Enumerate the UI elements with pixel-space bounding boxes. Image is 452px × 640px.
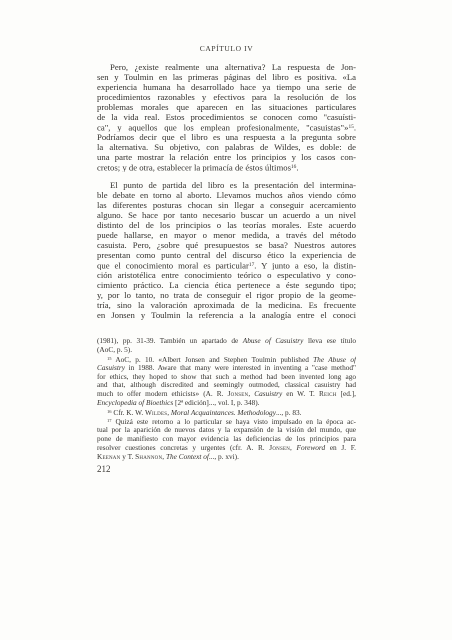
text-line: distinto del de los principios o las teo… [97, 220, 356, 230]
text-segment: ..., p. 83. [276, 408, 302, 417]
text-segment: Pero, ¿existe realmente una alternativa?… [110, 62, 356, 72]
text-segment: The Context of [166, 453, 209, 461]
text-line: resolver cuestiones concretas y urgentes… [97, 444, 356, 453]
text-segment: cimiento práctico. La ciencia ética pert… [97, 280, 356, 290]
text-segment: Podríamos decir que el libro es una resp… [97, 132, 356, 142]
text-segment: Jonsen [228, 390, 249, 398]
text-segment: Shannon [135, 453, 162, 461]
text-segment: Reich [319, 390, 337, 398]
text-line: presentan como punto central del discurs… [97, 250, 356, 260]
text-segment: . Y junto a eso, la distin- [254, 260, 356, 270]
text-line: puede hallarse, en mayor o menor medida,… [97, 230, 356, 240]
text-segment: Jonsen [269, 444, 290, 452]
text-segment: (AoC, p. 5). [97, 346, 132, 354]
text-segment: Casuistry [254, 390, 282, 398]
text-segment: puede hallarse, en mayor o menor medida,… [97, 230, 356, 240]
text-line: problemas morales que aparecen en las si… [97, 102, 356, 112]
text-segment: tría, sino la valoración aproximada de l… [97, 300, 356, 310]
text-segment: en J. F. [325, 444, 356, 452]
text-line: tual por la aparición de nuevos datos y … [97, 426, 356, 435]
text-segment: experiencia humana ha desarrollado hace … [97, 82, 356, 92]
text-line: en Jonsen y Toulmin la referencia a la a… [97, 310, 356, 320]
text-line: las diferentes posturas chocan sin llega… [97, 200, 356, 210]
text-segment: tual por la aparición de nuevos datos y … [97, 426, 356, 434]
text-segment: Encyclopedia of Bioethics [97, 399, 173, 407]
text-segment: AoC, p. 10. «Albert Jonsen and Stephen T… [112, 355, 314, 364]
text-line: cretos; y de otra, establecer la primací… [97, 162, 356, 172]
text-line: pone de manifiesto con mayor evidencia l… [97, 435, 356, 444]
text-segment: de la vida real. Estos procedimientos se… [97, 112, 356, 122]
text-segment: casuista. Pero, ¿sobre qué presupuestos … [97, 240, 356, 250]
text-segment: Cfr. K. W. [112, 408, 145, 417]
chapter-heading: CAPÍTULO IV [97, 44, 356, 53]
text-line: ca", y aquellos que los emplean profesio… [97, 122, 356, 132]
text-line: ble debate en torno al aborto. Llevamos … [97, 190, 356, 200]
text-line: una parte mostrar la relación entre los … [97, 152, 356, 162]
footnotes: (1981), pp. 31-39. También un apartado d… [97, 337, 356, 461]
text-line: sen y Toulmin en las primeras páginas de… [97, 72, 356, 82]
text-segment: Keenan [97, 453, 120, 461]
text-line: casuista. Pero, ¿sobre qué presupuestos … [97, 240, 356, 250]
text-segment: for ethics, they hoped to show that such… [97, 373, 356, 381]
book-page: CAPÍTULO IV Pero, ¿existe realmente una … [0, 0, 452, 640]
text-line: cimiento práctico. La ciencia ética pert… [97, 280, 356, 290]
page-number: 212 [97, 464, 111, 474]
text-line: ción aristotélica entre conocimiento teó… [97, 270, 356, 280]
text-line: Casuistry in 1988. Aware that many were … [97, 364, 356, 373]
text-segment: and that, although discredited and seemi… [97, 381, 356, 389]
text-line: Podríamos decir que el libro es una resp… [97, 132, 356, 142]
text-line: 16 Cfr. K. W. Wildes, Moral Acquaintance… [97, 408, 356, 417]
text-segment: una parte mostrar la relación entre los … [97, 152, 356, 162]
text-line: Pero, ¿existe realmente una alternativa?… [97, 62, 356, 72]
text-segment: [2ª edición]..., vol. I, p. 348). [173, 399, 259, 407]
text-line: y, por lo tanto, no trata de conseguir e… [97, 290, 356, 300]
text-segment: distinto del de los principios o las teo… [97, 220, 356, 230]
text-segment: alguno. Se hace por tanto necesario busc… [97, 210, 356, 220]
text-segment: cretos; y de otra, establecer la primací… [97, 162, 291, 172]
text-segment: ..., p. xvi). [209, 453, 239, 461]
text-line: (AoC, p. 5). [97, 346, 356, 355]
text-line: la alternativa. Su objetivo, con palabra… [97, 142, 356, 152]
text-segment: presentan como punto central del discurs… [97, 250, 356, 260]
text-segment: en Jonsen y Toulmin la referencia a la a… [97, 310, 356, 320]
text-segment: . [296, 162, 298, 172]
text-segment: . [354, 122, 356, 132]
text-line: alguno. Se hace por tanto necesario busc… [97, 210, 356, 220]
text-segment: pone de manifiesto con mayor evidencia l… [97, 435, 356, 443]
text-line: experiencia humana ha desarrollado hace … [97, 82, 356, 92]
text-segment: las diferentes posturas chocan sin llega… [97, 200, 356, 210]
text-segment: Moral Acquaintances. Methodology [171, 408, 276, 417]
text-segment: la alternativa. Su objetivo, con palabra… [97, 142, 356, 152]
text-line: 15 AoC, p. 10. «Albert Jonsen and Stephe… [97, 355, 356, 364]
body-paragraph: Pero, ¿existe realmente una alternativa?… [97, 62, 356, 172]
text-segment: in 1988. Aware that many were interested… [125, 364, 356, 372]
body-paragraph: El punto de partida del libro es la pres… [97, 180, 356, 320]
text-segment: El punto de partida del libro es la pres… [110, 180, 356, 190]
text-line: que el conocimiento moral es particular1… [97, 260, 356, 270]
text-segment: (1981), pp. 31-39. También un apartado d… [97, 337, 243, 345]
text-segment: Casuistry [97, 364, 125, 372]
text-segment: [ed.], [337, 390, 356, 398]
text-segment: lleva ese título [303, 337, 356, 345]
text-segment: much to offer modern ethicists» (A. R. [97, 390, 228, 398]
text-line: Keenan y T. Shannon, The Context of..., … [97, 453, 356, 462]
text-line: (1981), pp. 31-39. También un apartado d… [97, 337, 356, 346]
text-segment: en W. T. [282, 390, 319, 398]
text-line: El punto de partida del libro es la pres… [97, 180, 356, 190]
text-segment: que el conocimiento moral es particular [97, 260, 249, 270]
text-line: 17 Quizá este retorno a lo particular se… [97, 417, 356, 426]
text-segment: resolver cuestiones concretas y urgentes… [97, 444, 269, 452]
text-segment: The Abuse of [313, 355, 356, 364]
text-segment: Abuse of Casuistry [243, 337, 304, 345]
text-line: de la vida real. Estos procedimientos se… [97, 112, 356, 122]
body-text: Pero, ¿existe realmente una alternativa?… [97, 62, 356, 320]
text-segment: Wildes [145, 408, 167, 417]
text-segment: y T. [120, 453, 135, 461]
text-line: tría, sino la valoración aproximada de l… [97, 300, 356, 310]
text-segment: y, por lo tanto, no trata de conseguir e… [97, 290, 356, 300]
text-segment: procedimientos razonables y efectivos pa… [97, 92, 356, 102]
text-line: and that, although discredited and seemi… [97, 381, 356, 390]
text-segment: problemas morales que aparecen en las si… [97, 102, 356, 112]
text-segment: ción aristotélica entre conocimiento teó… [97, 270, 356, 280]
text-segment: Foreword [297, 444, 326, 452]
text-line: for ethics, they hoped to show that such… [97, 373, 356, 382]
text-segment: sen y Toulmin en las primeras páginas de… [97, 72, 356, 82]
text-segment: ble debate en torno al aborto. Llevamos … [97, 190, 356, 200]
text-segment: Quizá este retorno a lo particular se ha… [112, 417, 356, 426]
text-line: Encyclopedia of Bioethics [2ª edición]..… [97, 399, 356, 408]
text-line: much to offer modern ethicists» (A. R. J… [97, 390, 356, 399]
text-segment: ca", y aquellos que los emplean profesio… [97, 122, 348, 132]
text-line: procedimientos razonables y efectivos pa… [97, 92, 356, 102]
